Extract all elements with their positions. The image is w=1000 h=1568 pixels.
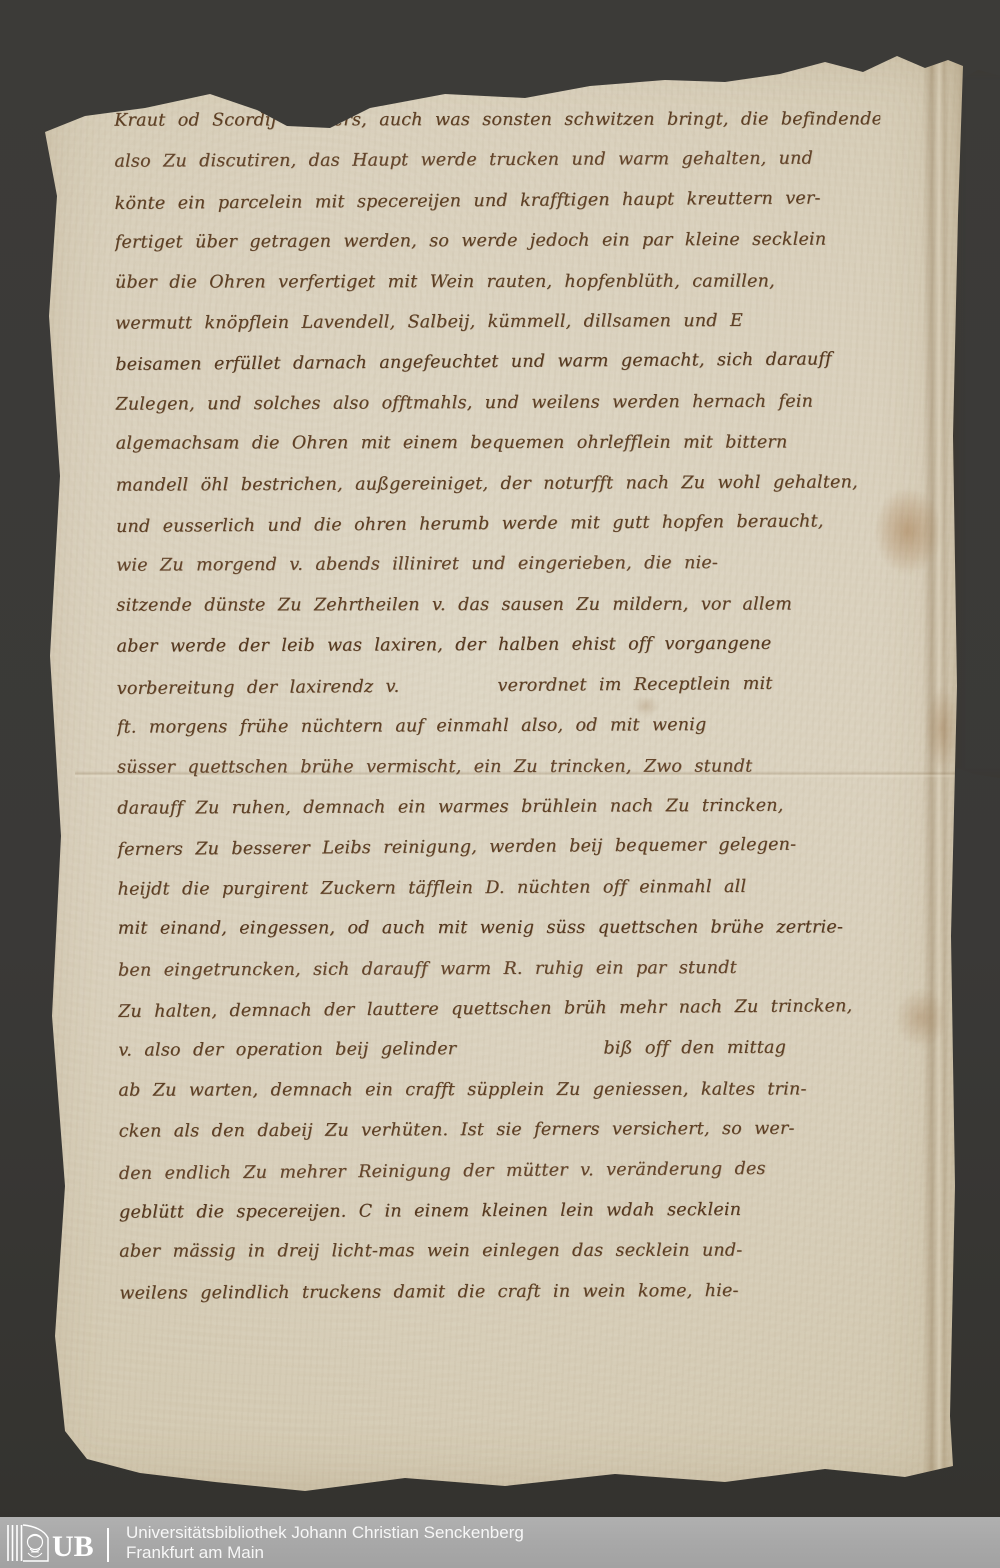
- manuscript-line: über die Ohren verfertiget mit Wein raut…: [115, 261, 881, 303]
- manuscript-line: heijdt die purgirent Zuckern täfflein D.…: [118, 866, 884, 910]
- manuscript-page: Kraut od Scordij wassers, auch was sonst…: [25, 36, 963, 1504]
- library-location: Frankfurt am Main: [126, 1543, 524, 1563]
- manuscript-line: also Zu discutiren, das Haupt werde truc…: [114, 139, 880, 183]
- library-footer-text: Universitätsbibliothek Johann Christian …: [126, 1523, 524, 1563]
- manuscript-line: mandell öhl bestrichen, außgereiniget, d…: [116, 462, 882, 506]
- manuscript-line: den endlich Zu mehrer Reinigung der mütt…: [119, 1148, 885, 1194]
- vertical-fold-crease: [923, 36, 949, 1476]
- manuscript-line: Zu halten, demnach der lauttere quettsch…: [118, 986, 884, 1032]
- manuscript-line: aber werde der leib was laxiren, der hal…: [116, 624, 882, 668]
- manuscript-line: ab Zu warten, demnach ein crafft süpplei…: [118, 1069, 884, 1111]
- ub-library-logo: UB: [4, 1520, 116, 1566]
- manuscript-line: weilens gelindlich truckens damit die cr…: [119, 1270, 885, 1314]
- manuscript-line: und eusserlich und die ohren herumb werd…: [116, 501, 882, 547]
- manuscript-line: geblütt die specereijen. C in einem klei…: [119, 1189, 885, 1233]
- manuscript-line: wie Zu morgend v. abends illiniret und e…: [116, 543, 882, 587]
- manuscript-line: v. also der operation beij gelinder biß …: [118, 1028, 884, 1072]
- manuscript-line: fertiget über getragen werden, so werde …: [115, 220, 881, 264]
- manuscript-line: süsser quettschen brühe vermischt, ein Z…: [117, 746, 883, 788]
- manuscript-line: sitzende dünste Zu Zehrtheilen v. das sa…: [116, 584, 882, 626]
- manuscript-line: beisamen erfüllet darnach angefeuchtet u…: [115, 339, 881, 385]
- manuscript-line: ben eingetruncken, sich darauff warm R. …: [118, 947, 884, 991]
- manuscript-text: Kraut od Scordij wassers, auch was sonst…: [114, 98, 886, 1391]
- manuscript-line: darauff Zu ruhen, demnach ein warmes brü…: [117, 785, 883, 829]
- manuscript-line: könte ein parcelein mit specereijen und …: [114, 178, 880, 224]
- manuscript-line: vorbereitung der laxirendz v. verordnet …: [117, 663, 883, 709]
- manuscript-line: wermutt knöpflein Lavendell, Salbeij, kü…: [115, 300, 881, 344]
- manuscript-line: Zulegen, und solches also offtmahls, und…: [115, 381, 881, 425]
- manuscript-line: cken als den dabeij Zu verhüten. Ist sie…: [119, 1108, 885, 1152]
- manuscript-line: mit einand, eingessen, od auch mit wenig…: [118, 907, 884, 949]
- ub-logo-text: UB: [52, 1530, 94, 1563]
- manuscript-line: ferners Zu besserer Leibs reinigung, wer…: [117, 824, 883, 870]
- manuscript-line: aber mässig in dreij licht-mas wein einl…: [119, 1231, 885, 1273]
- library-footer-bar: UB Universitätsbibliothek Johann Christi…: [0, 1517, 1000, 1568]
- manuscript-line: algemachsam die Ohren mit einem bequemen…: [116, 423, 882, 465]
- manuscript-line: ft. morgens frühe nüchtern auf einmahl a…: [117, 704, 883, 748]
- library-name: Universitätsbibliothek Johann Christian …: [126, 1523, 524, 1543]
- manuscript-line: Kraut od Scordij wassers, auch was sonst…: [114, 99, 880, 141]
- scan-viewer: Kraut od Scordij wassers, auch was sonst…: [0, 0, 1000, 1568]
